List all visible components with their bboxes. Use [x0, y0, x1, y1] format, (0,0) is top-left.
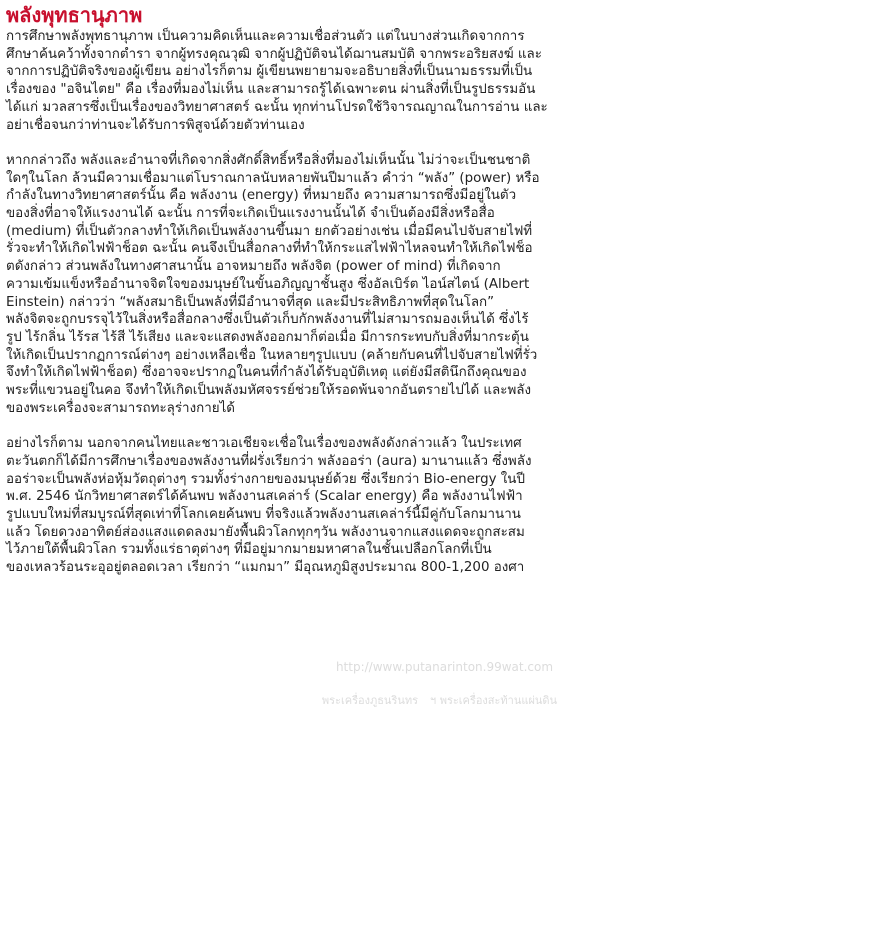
paragraph-line: การศึกษาพลังพุทธานุภาพ เป็นความคิดเห็นแล… — [6, 28, 696, 46]
article-paragraph-power: หากกล่าวถึง พลังและอำนาจที่เกิดจากสิ่งศั… — [6, 152, 696, 418]
paragraph-line: แล้ว โดยดวงอาทิตย์ส่องแสงแดดลงมายังพื้นผ… — [6, 524, 696, 542]
paragraph-line: (medium) ที่เป็นตัวกลางทำให้เกิดเป็นพลัง… — [6, 223, 696, 241]
paragraph-line: รูปแบบใหม่ที่สมบูรณ์ที่สุดเท่าที่โลกเคยค… — [6, 506, 696, 524]
paragraph-line: ความเข้มแข็งหรืออำนาจจิตใจของมนุษย์ในขั้… — [6, 276, 696, 294]
paragraph-line: อย่างไรก็ตาม นอกจากคนไทยและชาวเอเชียจะเช… — [6, 435, 696, 453]
paragraph-line: ไว้ภายใต้พื้นผิวโลก รวมทั้งแร่ธาตุต่างๆ … — [6, 541, 696, 559]
footer-link-sathan-phaendin[interactable]: ฯ พระเครื่องสะท้านแผ่นดิน — [430, 694, 557, 707]
paragraph-line: ใดๆในโลก ล้วนมีความเชื่อมาแต่โบราณกาลนับ… — [6, 170, 696, 188]
paragraph-line: ได้แก่ มวลสารซึ่งเป็นเรื่องของวิทยาศาสตร… — [6, 99, 696, 117]
paragraph-line: พระที่แขวนอยู่ในคอ จึงทำให้เกิดเป็นพลังม… — [6, 382, 696, 400]
paragraph-line: รั่วจะทำให้เกิดไฟฟ้าช็อต ฉะนั้น คนจึงเป็… — [6, 240, 696, 258]
paragraph-line: ออร่าจะเป็นพลังห่อหุ้มวัตถุต่างๆ รวมทั้ง… — [6, 471, 696, 489]
paragraph-line: ของเหลวร้อนระอุอยู่ตลอดเวลา เรียกว่า “แม… — [6, 559, 696, 577]
paragraph-line: จากการปฏิบัติจริงของผู้เขียน อย่างไรก็ตา… — [6, 63, 696, 81]
paragraph-line: Einstein) กล่าวว่า “พลังสมาธิเป็นพลังที่… — [6, 294, 696, 312]
paragraph-line: จึงทำให้เกิดไฟฟ้าช็อต) ซึ่งอาจจะปรากฏในค… — [6, 364, 696, 382]
paragraph-line: ของสิ่งที่อาจให้แรงงานได้ ฉะนั้น การที่จ… — [6, 205, 696, 223]
article-paragraph-aura: อย่างไรก็ตาม นอกจากคนไทยและชาวเอเชียจะเช… — [6, 435, 696, 577]
paragraph-line: ตดังกล่าว ส่วนพลังในทางศาสนานั้น อาจหมาย… — [6, 258, 696, 276]
footer-links-row: พระเครื่องภูธนรินทรฯ พระเครื่องสะท้านแผ่… — [5, 691, 869, 709]
article-title: พลังพุทธานุภาพ — [6, 2, 696, 28]
footer-link-putanarinton[interactable]: พระเครื่องภูธนรินทร — [322, 694, 418, 707]
paragraph-line: พลังจิตจะถูกบรรจุไว้ในสิ่งหรือสื่อกลางซึ… — [6, 311, 696, 329]
paragraph-line: ศึกษาค้นคว้าทั้งจากตำรา จากผู้ทรงคุณวุฒิ… — [6, 46, 696, 64]
article-paragraph-intro: การศึกษาพลังพุทธานุภาพ เป็นความคิดเห็นแล… — [6, 28, 696, 134]
paragraph-line: เรื่องของ "อจินไตย" คือ เรื่องที่มองไม่เ… — [6, 81, 696, 99]
footer-url-row: http://www.putanarinton.99wat.com — [10, 660, 869, 674]
paragraph-line: ของพระเครื่องจะสามารถทะลุร่างกายได้ — [6, 400, 696, 418]
paragraph-line: รูป ไร้กลิ่น ไร้รส ไร้สี ไร้เสียง และจะแ… — [6, 329, 696, 347]
paragraph-line: หากกล่าวถึง พลังและอำนาจที่เกิดจากสิ่งศั… — [6, 152, 696, 170]
paragraph-line: อย่าเชื่อจนกว่าท่านจะได้รับการพิสูจน์ด้ว… — [6, 117, 696, 135]
paragraph-line: ให้เกิดเป็นปรากฏการณ์ต่างๆ อย่างเหลือเชื… — [6, 347, 696, 365]
paragraph-line: ตะวันตกก็ได้มีการศึกษาเรื่องของพลังงานที… — [6, 453, 696, 471]
site-url-link[interactable]: http://www.putanarinton.99wat.com — [336, 660, 553, 674]
paragraph-line: พ.ศ. 2546 นักวิทยาศาสตร์ได้ค้นพบ พลังงาน… — [6, 488, 696, 506]
article: พลังพุทธานุภาพ การศึกษาพลังพุทธานุภาพ เป… — [6, 2, 696, 577]
paragraph-line: กำลังในทางวิทยาศาสตร์นั้น คือ พลังงาน (e… — [6, 187, 696, 205]
